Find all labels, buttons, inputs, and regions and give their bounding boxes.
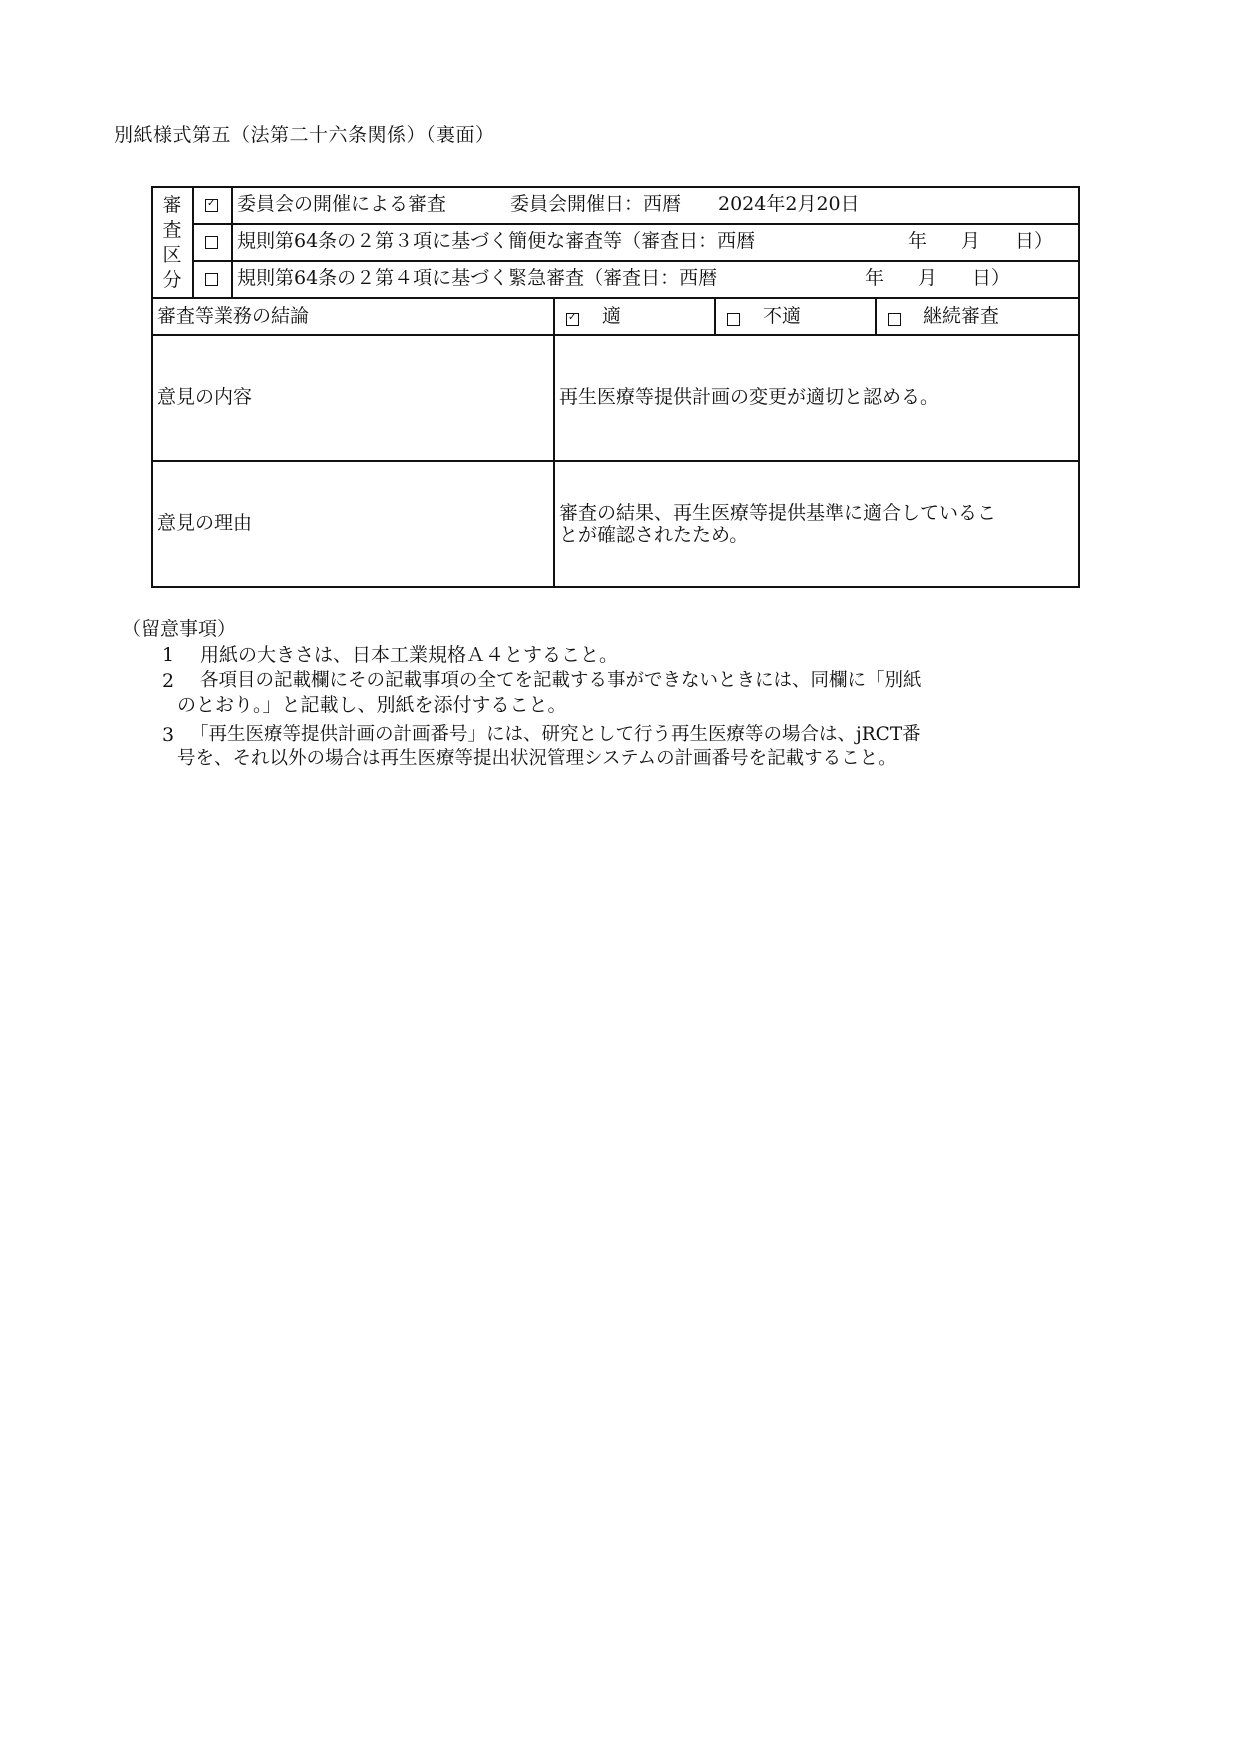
checkbox-committee-review[interactable]: ✓ — [205, 199, 218, 212]
checkbox-conclusion-reject[interactable] — [727, 313, 740, 326]
conclusion-continue-label: 継続審査 — [923, 305, 999, 328]
opinion-reason-value-line2: とが確認されたため。 — [559, 524, 748, 547]
opinion-reason-value-line1: 審査の結果、再生医療等提供基準に適合しているこ — [559, 502, 996, 525]
opinion-content-label: 意見の内容 — [157, 386, 252, 409]
col-divider — [875, 297, 877, 335]
emergency-month-label: 月 — [918, 267, 937, 290]
row-divider — [192, 223, 1080, 225]
note-number: 2 — [162, 670, 174, 693]
simplified-year-label: 年 — [908, 230, 927, 253]
opinion-reason-label: 意見の理由 — [157, 512, 252, 535]
check-icon: ✓ — [207, 197, 215, 210]
option-emergency-review: 規則第64条の２第４項に基づく緊急審査（審査日：西暦 — [237, 267, 717, 290]
committee-date-label: 委員会開催日：西暦 — [510, 193, 681, 216]
conclusion-approve-label: 適 — [602, 305, 621, 328]
simplified-day-label: 日） — [1015, 230, 1053, 253]
col-divider — [553, 297, 555, 588]
option-committee-review: 委員会の開催による審査 — [237, 193, 446, 216]
emergency-day-label: 日） — [972, 267, 1010, 290]
note-item-3-line2: 号を、それ以外の場合は再生医療等提出状況管理システムの計画番号を記載すること。 — [177, 748, 897, 770]
note-item-1: 用紙の大きさは、日本工業規格Ａ４とすること。 — [200, 644, 618, 667]
note-item-2-line2: のとおり。」と記載し、別紙を添付すること。 — [177, 694, 567, 717]
note-item-2-line1: 各項目の記載欄にその記載事項の全てを記載する事ができないときには、同欄に「別紙 — [200, 670, 922, 692]
conclusion-reject-label: 不適 — [763, 305, 801, 328]
checkbox-simplified-review[interactable] — [205, 236, 218, 249]
row-divider — [192, 260, 1080, 262]
notes-heading: （留意事項） — [122, 618, 236, 641]
option-simplified-review: 規則第64条の２第３項に基づく簡便な審査等（審査日：西暦 — [237, 230, 755, 253]
check-icon: ✓ — [568, 311, 576, 324]
conclusion-label: 審査等業務の結論 — [157, 305, 309, 328]
row-divider — [151, 460, 1080, 462]
row-divider — [151, 334, 1080, 336]
note-item-3-line1: 「再生医療等提供計画の計画番号」には、研究として行う再生医療等の場合は、jRCT… — [190, 724, 921, 746]
checkbox-conclusion-approve[interactable]: ✓ — [566, 313, 579, 326]
col-divider — [714, 297, 716, 335]
committee-date-value: 2024年2月20日 — [718, 193, 860, 216]
col-divider — [231, 186, 233, 298]
simplified-month-label: 月 — [961, 230, 980, 253]
form-title: 別紙様式第五（法第二十六条関係）（裏面） — [114, 120, 495, 147]
emergency-year-label: 年 — [865, 267, 884, 290]
checkbox-emergency-review[interactable] — [205, 273, 218, 286]
note-number: 1 — [162, 644, 174, 667]
col-divider — [192, 186, 194, 298]
opinion-content-value: 再生医療等提供計画の変更が適切と認める。 — [559, 386, 939, 409]
row-divider — [151, 297, 1080, 299]
note-number: 3 — [162, 724, 174, 747]
checkbox-conclusion-continue[interactable] — [888, 313, 901, 326]
